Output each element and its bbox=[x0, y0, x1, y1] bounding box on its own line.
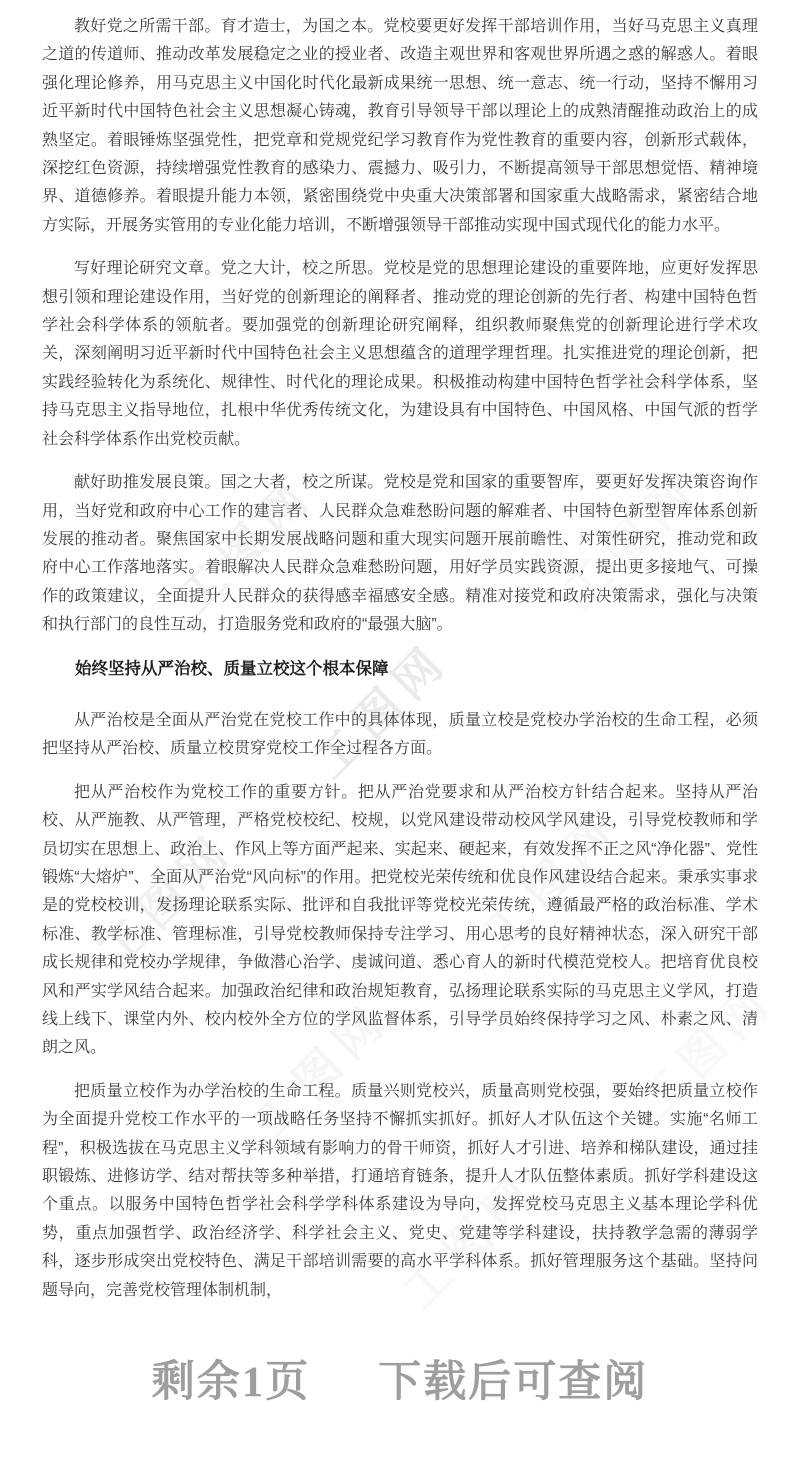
paragraph: 写好理论研究文章。党之大计，校之所思。党校是党的思想理论建设的重要阵地，应更好发… bbox=[42, 255, 758, 454]
paragraph: 献好助推发展良策。国之大者，校之所谋。党校是党和国家的重要智库，要更好发挥决策咨… bbox=[42, 469, 758, 639]
download-hint-label: 下载后可查阅 bbox=[378, 1359, 648, 1406]
preview-footer: 剩余1页下载后可查阅 bbox=[0, 1348, 800, 1409]
paragraph: 从严治校是全面从严治党在党校工作中的具体体现，质量立校是党校办学治校的生命工程，… bbox=[42, 707, 758, 764]
document-body: 教好党之所需干部。育才造士，为国之本。党校要更好发挥干部培训作用，当好马克思主义… bbox=[42, 13, 758, 1320]
paragraph: 把从严治校作为党校工作的重要方针。把从严治党要求和从严治校方针结合起来。坚持从严… bbox=[42, 779, 758, 1063]
remaining-pages-label: 剩余1页 bbox=[152, 1359, 311, 1406]
paragraph: 把质量立校作为办学治校的生命工程。质量兴则党校兴，质量高则党校强，要始终把质量立… bbox=[42, 1078, 758, 1305]
document-preview-page: { "document": { "sections": [ { "kind": … bbox=[0, 0, 800, 1460]
paragraph: 教好党之所需干部。育才造士，为国之本。党校要更好发挥干部培训作用，当好马克思主义… bbox=[42, 13, 758, 240]
section-heading: 始终坚持从严治校、质量立校这个根本保障 bbox=[42, 655, 758, 683]
